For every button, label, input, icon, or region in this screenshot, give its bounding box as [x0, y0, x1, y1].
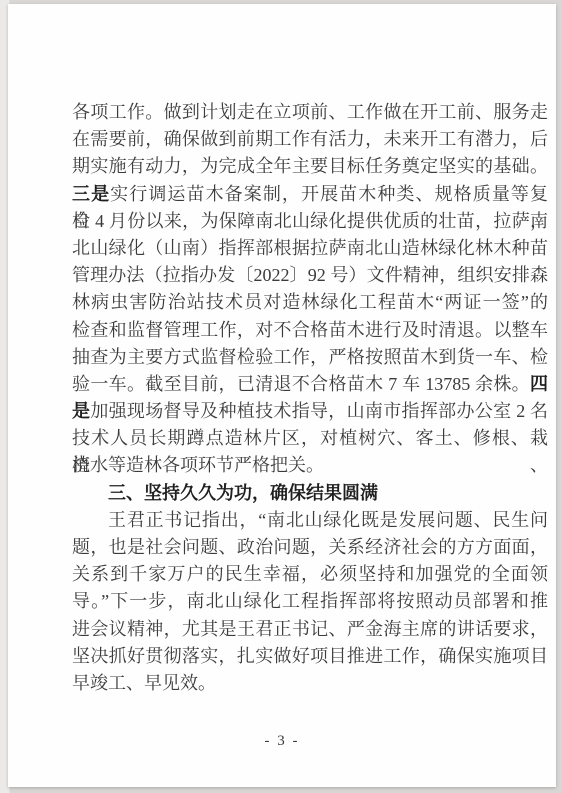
text-line: 进会议精神，尤其是王君正书记、严金海主席的讲话要求， [72, 616, 548, 643]
text-line: 关系到千家万户的民生幸福，必须坚持和加强党的全面领 [72, 561, 548, 588]
line-text: 林病虫害防治站技术员对造林绿化工程苗木“两证一签”的 [72, 292, 548, 312]
line-text: 王君正书记指出，“南北山绿化既是发展问题、民生问 [108, 510, 548, 530]
emphasis-text: 三是 [72, 184, 110, 204]
text-line: 在需要前，确保做到前期工作有活力，未来开工有潜力，后 [72, 126, 548, 153]
text-line: 早竣工、早见效。 [72, 670, 548, 697]
line-text: 在需要前，确保做到前期工作有活力，未来开工有潜力，后 [72, 129, 548, 149]
document-body: 各项工作。做到计划走在立项前、工作做在开工前、服务走在需要前，确保做到前期工作有… [72, 99, 548, 697]
line-text: 北山绿化（山南）指挥部根据拉萨南北山造林绿化林木种苗 [72, 238, 548, 258]
text-line: 北山绿化（山南）指挥部根据拉萨南北山造林绿化林木种苗 [72, 235, 548, 262]
section-heading: 三、坚持久久为功，确保结果圆满 [72, 480, 548, 507]
text-line: 检查和监督管理工作，对不合格苗木进行及时清退。以整车 [72, 317, 548, 344]
text-line: 三是实行调运苗木备案制，开展苗木种类、规格质量等复检， [72, 181, 548, 208]
text-line: 王君正书记指出，“南北山绿化既是发展问题、民生问 [72, 507, 548, 534]
line-text: 导。”下一步，南北山绿化工程指挥部将按照动员部署和推 [72, 591, 548, 611]
document-page: 各项工作。做到计划走在立项前、工作做在开工前、服务走在需要前，确保做到前期工作有… [8, 4, 556, 787]
emphasis-text: 四 [530, 374, 548, 394]
text-line: 管理办法（拉指办发〔2022〕92 号）文件精神，组织安排森 [72, 262, 548, 289]
line-text: 早竣工、早见效。 [72, 673, 216, 693]
text-line: 期实施有动力，为完成全年主要目标任务奠定坚实的基础。 [72, 153, 548, 180]
text-line: 自 4 月份以来，为保障南北山绿化提供优质的壮苗，拉萨南 [72, 208, 548, 235]
line-text: 各项工作。做到计划走在立项前、工作做在开工前、服务走 [72, 102, 548, 122]
line-text: 验一车。截至目前，已清退不合格苗木 7 车 13785 余株。 [72, 374, 530, 394]
line-text: 管理办法（拉指办发〔2022〕92 号）文件精神，组织安排森 [72, 265, 548, 285]
line-text: 题，也是社会问题、政治问题，关系经济社会的方方面面， [72, 537, 548, 557]
text-line: 导。”下一步，南北山绿化工程指挥部将按照动员部署和推 [72, 588, 548, 615]
line-text: 坚决抓好贯彻落实，扎实做好项目推进工作，确保实施项目 [72, 646, 548, 666]
line-text: 浇水等造林各项环节严格把关。 [72, 455, 324, 475]
line-text: 关系到千家万户的民生幸福，必须坚持和加强党的全面领 [72, 564, 548, 584]
line-text: 加强现场督导及种植技术指导，山南市指挥部办公室 2 名 [90, 401, 548, 421]
line-text: 期实施有动力，为完成全年主要目标任务奠定坚实的基础。 [72, 156, 548, 176]
text-line: 各项工作。做到计划走在立项前、工作做在开工前、服务走 [72, 99, 548, 126]
text-line: 题，也是社会问题、政治问题，关系经济社会的方方面面， [72, 534, 548, 561]
text-line: 是加强现场督导及种植技术指导，山南市指挥部办公室 2 名 [72, 398, 548, 425]
line-text: 检查和监督管理工作，对不合格苗木进行及时清退。以整车 [72, 320, 548, 340]
text-line: 抽查为主要方式监督检验工作，严格按照苗木到货一车、检 [72, 344, 548, 371]
text-line: 林病虫害防治站技术员对造林绿化工程苗木“两证一签”的 [72, 289, 548, 316]
line-text: 进会议精神，尤其是王君正书记、严金海主席的讲话要求， [72, 619, 548, 639]
text-line: 验一车。截至目前，已清退不合格苗木 7 车 13785 余株。四 [72, 371, 548, 398]
text-line: 技术人员长期蹲点造林片区，对植树穴、客土、修根、栽植、 [72, 425, 548, 452]
text-line: 坚决抓好贯彻落实，扎实做好项目推进工作，确保实施项目 [72, 643, 548, 670]
line-text: 三、坚持久久为功，确保结果圆满 [108, 483, 378, 503]
emphasis-text: 是 [72, 401, 90, 421]
line-text: 抽查为主要方式监督检验工作，严格按照苗木到货一车、检 [72, 347, 548, 367]
line-text: 自 4 月份以来，为保障南北山绿化提供优质的壮苗，拉萨南 [72, 211, 548, 231]
page-number: - 3 - [8, 733, 556, 750]
